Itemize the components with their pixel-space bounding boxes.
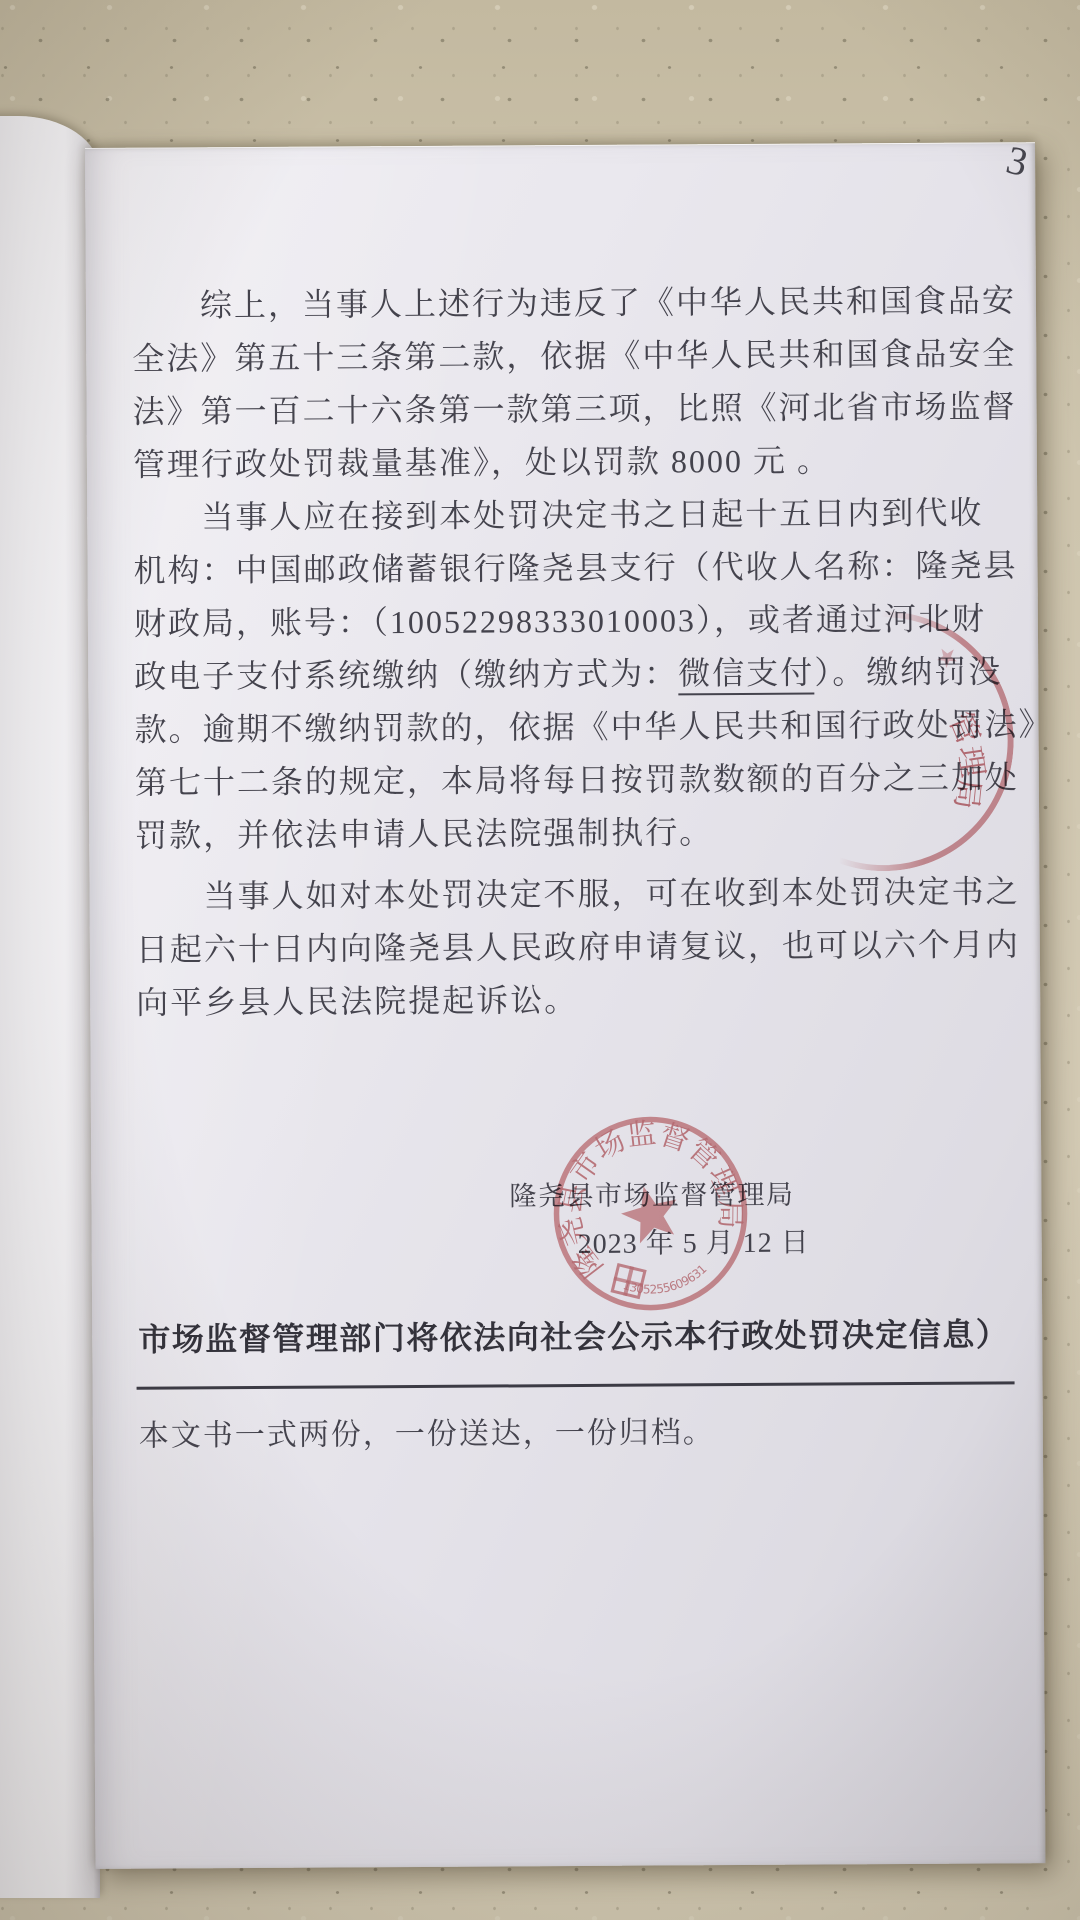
seal-serial-number: 1305255609631 [618,1257,712,1305]
public-disclosure-notice: 市场监督管理部门将依法向社会公示本行政处罚决定信息） [138,1309,1038,1360]
body-line: 第七十二条的规定，本局将每日按罚款数额的百分之三加处 [135,751,1035,809]
body-line: 向平乡县人民法院提起诉讼。 [136,971,1036,1029]
footer-divider-line [137,1381,1015,1389]
body-line: 综上，当事人上述行为违反了《中华人民共和国食品安 [132,274,1032,332]
body-line: 当事人应在接到本处罚决定书之日起十五日内到代收 [133,486,1033,544]
underlined-payment-method: 微信支付 [678,655,814,696]
document-page: 3 综上，当事人上述行为违反了《中华人民共和国食品安 全法》第五十三条第二款，依… [85,142,1045,1869]
seal-anticounterfeit-mark [610,1263,646,1299]
handwritten-page-number: 3 [1002,136,1033,186]
document-body-text: 综上，当事人上述行为违反了《中华人民共和国食品安 全法》第五十三条第二款，依据《… [132,274,1037,1029]
svg-text:1305255609631: 1305255609631 [618,1257,712,1305]
body-line-segment: ）。缴纳罚没 [814,653,1002,690]
body-line: 财政局，账号：（10052298333010003），或者通过河北财 [134,592,1034,650]
body-line: 管理行政处罚裁量基准》，处以罚款 8000 元 。 [133,433,1033,491]
body-line: 法》第一百二十六条第一款第三项，比照《河北省市场监督 [132,380,1032,438]
official-seal-stamp: 隆尧县市场监督管理局 1305255609631 [523,1086,778,1341]
body-line: 日起六十日内向隆尧县人民政府申请复议，也可以六个月内 [136,918,1036,976]
official-seal-graphic: 隆尧县市场监督管理局 1305255609631 [523,1086,778,1341]
body-line: 全法》第五十三条第二款，依据《中华人民共和国食品安全 [132,327,1032,385]
decision-date: 2023 年 5 月 12 日 [578,1221,810,1262]
photo-of-penalty-document: { "photo": { "handwritten_page_number": … [0,0,1080,1920]
body-line: 款。逾期不缴纳罚款的，依据《中华人民共和国行政处罚法》 [134,698,1034,756]
copies-distribution-note: 本文书一式两份，一份送达，一份归档。 [139,1407,715,1455]
body-line-with-underline: 政电子支付系统缴纳（缴纳方式为：微信支付）。缴纳罚没 [134,645,1034,703]
body-line: 罚款，并依法申请人民法院强制执行。 [135,804,1035,862]
body-line: 当事人如对本处罚决定不服，可在收到本处罚决定书之 [135,865,1035,923]
body-line-segment: 政电子支付系统缴纳（缴纳方式为： [134,655,678,694]
issuing-agency-name: 隆尧县市场监督管理局 [509,1173,794,1214]
book-underlying-pages [0,116,100,1898]
body-line: 机构：中国邮政储蓄银行隆尧县支行（代收人名称：隆尧县 [133,539,1033,597]
